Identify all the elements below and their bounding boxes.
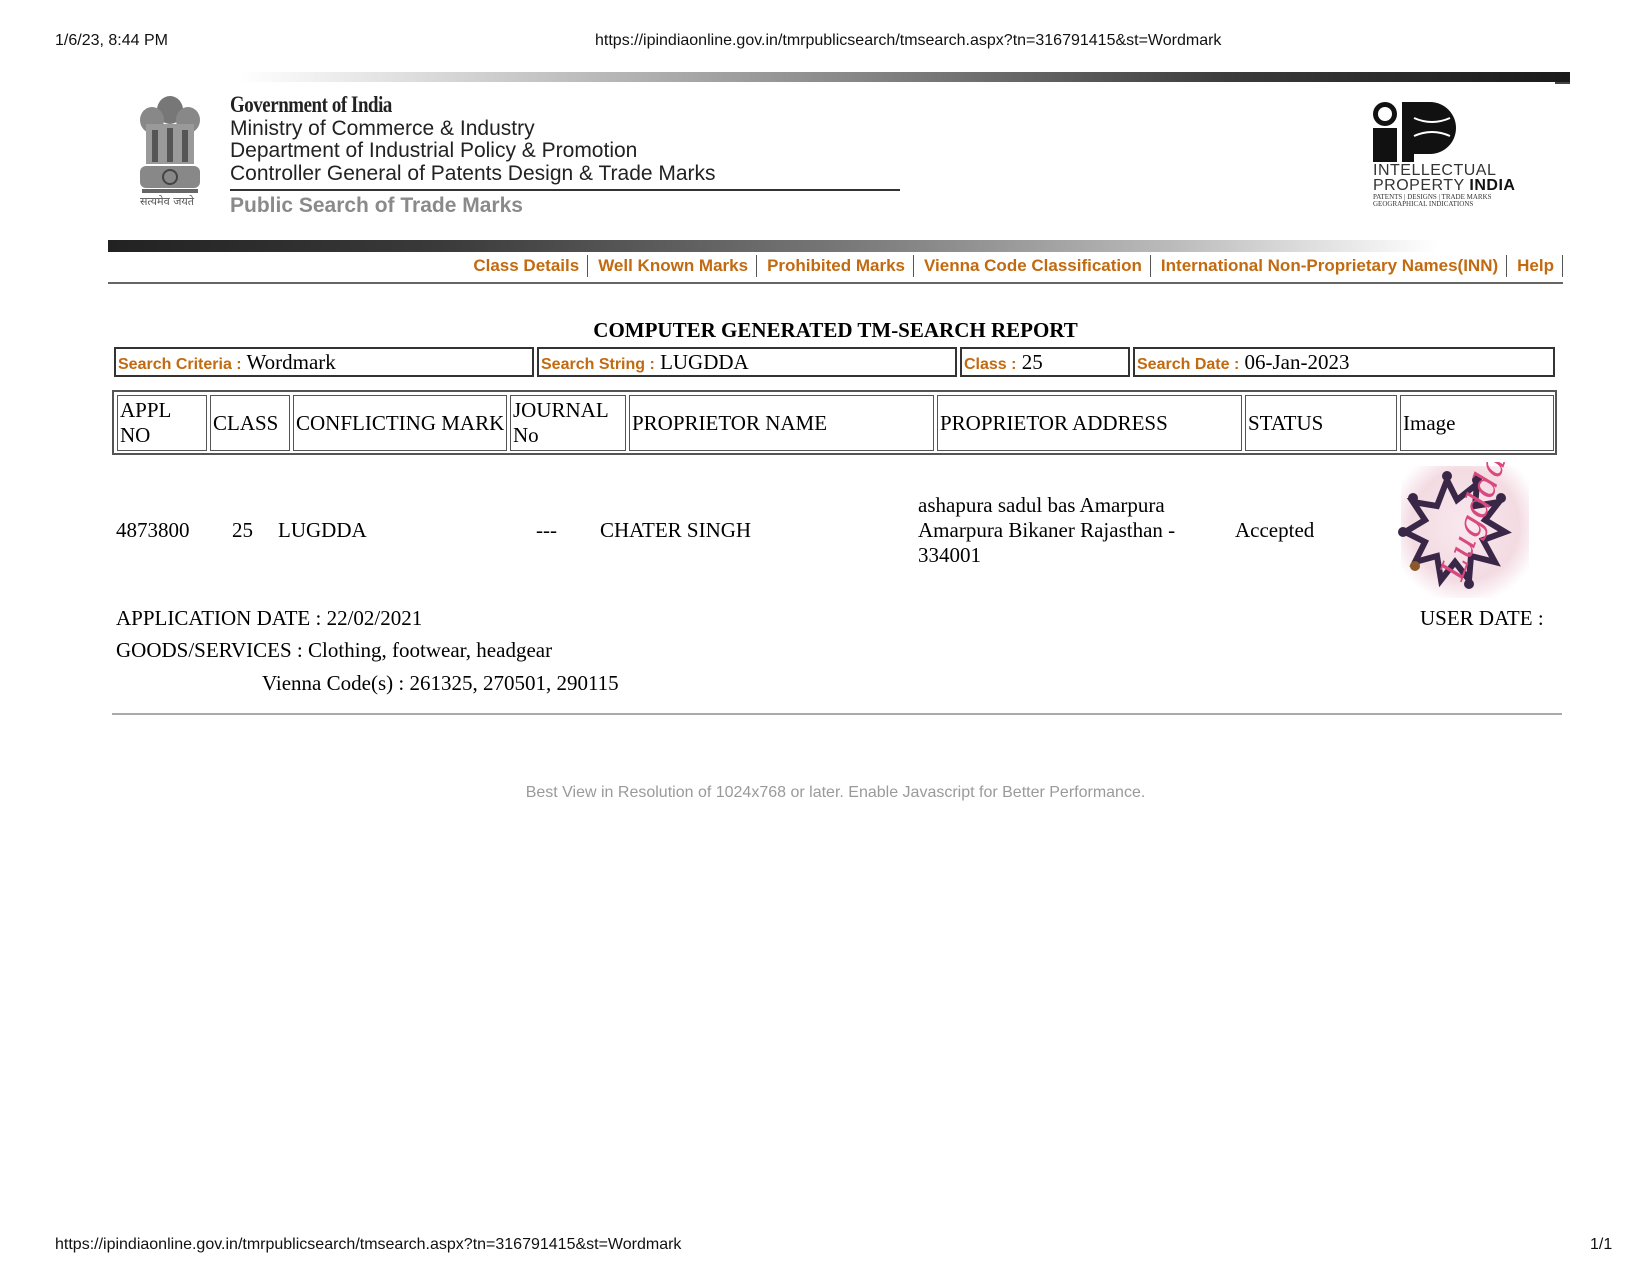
col-image: Image: [1400, 395, 1554, 451]
emblem-caption: सत्यमेव जयते: [140, 194, 194, 209]
ip-india-logo-icon: [1370, 100, 1480, 162]
nav-help[interactable]: Help: [1507, 255, 1563, 277]
national-emblem-icon: सत्यमेव जयते: [130, 90, 210, 215]
class-value: 25: [1022, 350, 1043, 374]
col-journal-no: JOURNAL No: [510, 395, 626, 451]
trademark-image: Lugdda: [1395, 462, 1533, 602]
top-gradient-bar: [240, 72, 1570, 82]
print-footer-url: https://ipindiaonline.gov.in/tmrpublicse…: [55, 1236, 681, 1254]
nav-vienna-code-classification[interactable]: Vienna Code Classification: [914, 255, 1151, 277]
conflicting-mark: LUGDDA: [278, 518, 367, 543]
controller-line: Controller General of Patents Design & T…: [230, 162, 716, 186]
proprietor-address-line2: Amarpura Bikaner Rajasthan -: [918, 518, 1175, 543]
nav-class-details[interactable]: Class Details: [463, 255, 588, 277]
print-page-number: 1/1: [1590, 1236, 1612, 1254]
best-view-note: Best View in Resolution of 1024x768 or l…: [108, 784, 1563, 802]
search-date-value: 06-Jan-2023: [1245, 350, 1350, 374]
search-string-label: Search String :: [541, 356, 655, 373]
nav-prohibited-marks[interactable]: Prohibited Marks: [757, 255, 914, 277]
col-conflicting-mark: CONFLICTING MARK: [293, 395, 507, 451]
search-string-box: Search String : LUGDDA: [537, 347, 957, 377]
search-criteria-box: Search Criteria : Wordmark: [114, 347, 534, 377]
col-appl-no: APPL NO: [117, 395, 207, 451]
status: Accepted: [1235, 518, 1314, 543]
search-date-box: Search Date : 06-Jan-2023: [1133, 347, 1555, 377]
result-separator: [112, 713, 1562, 715]
class-box: Class : 25: [960, 347, 1130, 377]
results-header: APPL NO CLASS CONFLICTING MARK JOURNAL N…: [112, 390, 1557, 455]
col-class: CLASS: [210, 395, 290, 451]
class-label: Class :: [964, 356, 1016, 373]
print-datetime: 1/6/23, 8:44 PM: [55, 32, 168, 50]
ip-logo-subtext: PATENTS | DESIGNS | TRADE MARKS GEOGRAPH…: [1373, 194, 1492, 208]
ip-logo-property: PROPERTY: [1373, 177, 1464, 194]
vienna-codes: Vienna Code(s) : 261325, 270501, 290115: [262, 671, 619, 696]
goods-services: GOODS/SERVICES : Clothing, footwear, hea…: [116, 638, 552, 663]
ministry-line: Ministry of Commerce & Industry: [230, 117, 535, 141]
print-url: https://ipindiaonline.gov.in/tmrpublicse…: [595, 32, 1221, 50]
search-string-value: LUGDDA: [660, 350, 749, 374]
bar-tail: [1555, 82, 1570, 84]
proprietor-name: CHATER SINGH: [600, 518, 751, 543]
proprietor-address-line1: ashapura sadul bas Amarpura: [918, 493, 1165, 518]
search-date-label: Search Date :: [1137, 356, 1239, 373]
user-date: USER DATE :: [1420, 606, 1544, 631]
ip-logo-india: INDIA: [1469, 177, 1515, 194]
class: 25: [232, 518, 253, 543]
top-nav: Class DetailsWell Known MarksProhibited …: [108, 255, 1563, 281]
nav-rule: [108, 282, 1563, 284]
ip-logo-line4: GEOGRAPHICAL INDICATIONS: [1373, 201, 1492, 208]
department-line: Department of Industrial Policy & Promot…: [230, 139, 637, 163]
site-subtitle: Public Search of Trade Marks: [230, 194, 523, 218]
search-criteria-label: Search Criteria :: [118, 356, 242, 373]
col-proprietor-name: PROPRIETOR NAME: [629, 395, 934, 451]
report-title: COMPUTER GENERATED TM-SEARCH REPORT: [108, 318, 1563, 343]
appl-no: 4873800: [116, 518, 190, 543]
col-status: STATUS: [1245, 395, 1397, 451]
gov-title: Government of India: [230, 92, 392, 118]
application-date: APPLICATION DATE : 22/02/2021: [116, 606, 422, 631]
journal-no: ---: [536, 518, 557, 543]
col-proprietor-address: PROPRIETOR ADDRESS: [937, 395, 1242, 451]
proprietor-address-line3: 334001: [918, 543, 981, 568]
banner-rule: [230, 189, 900, 191]
nav-well-known-marks[interactable]: Well Known Marks: [588, 255, 757, 277]
bottom-gradient-bar: [108, 240, 1438, 252]
search-criteria-value: Wordmark: [246, 350, 335, 374]
nav-inn[interactable]: International Non-Proprietary Names(INN): [1151, 255, 1507, 277]
